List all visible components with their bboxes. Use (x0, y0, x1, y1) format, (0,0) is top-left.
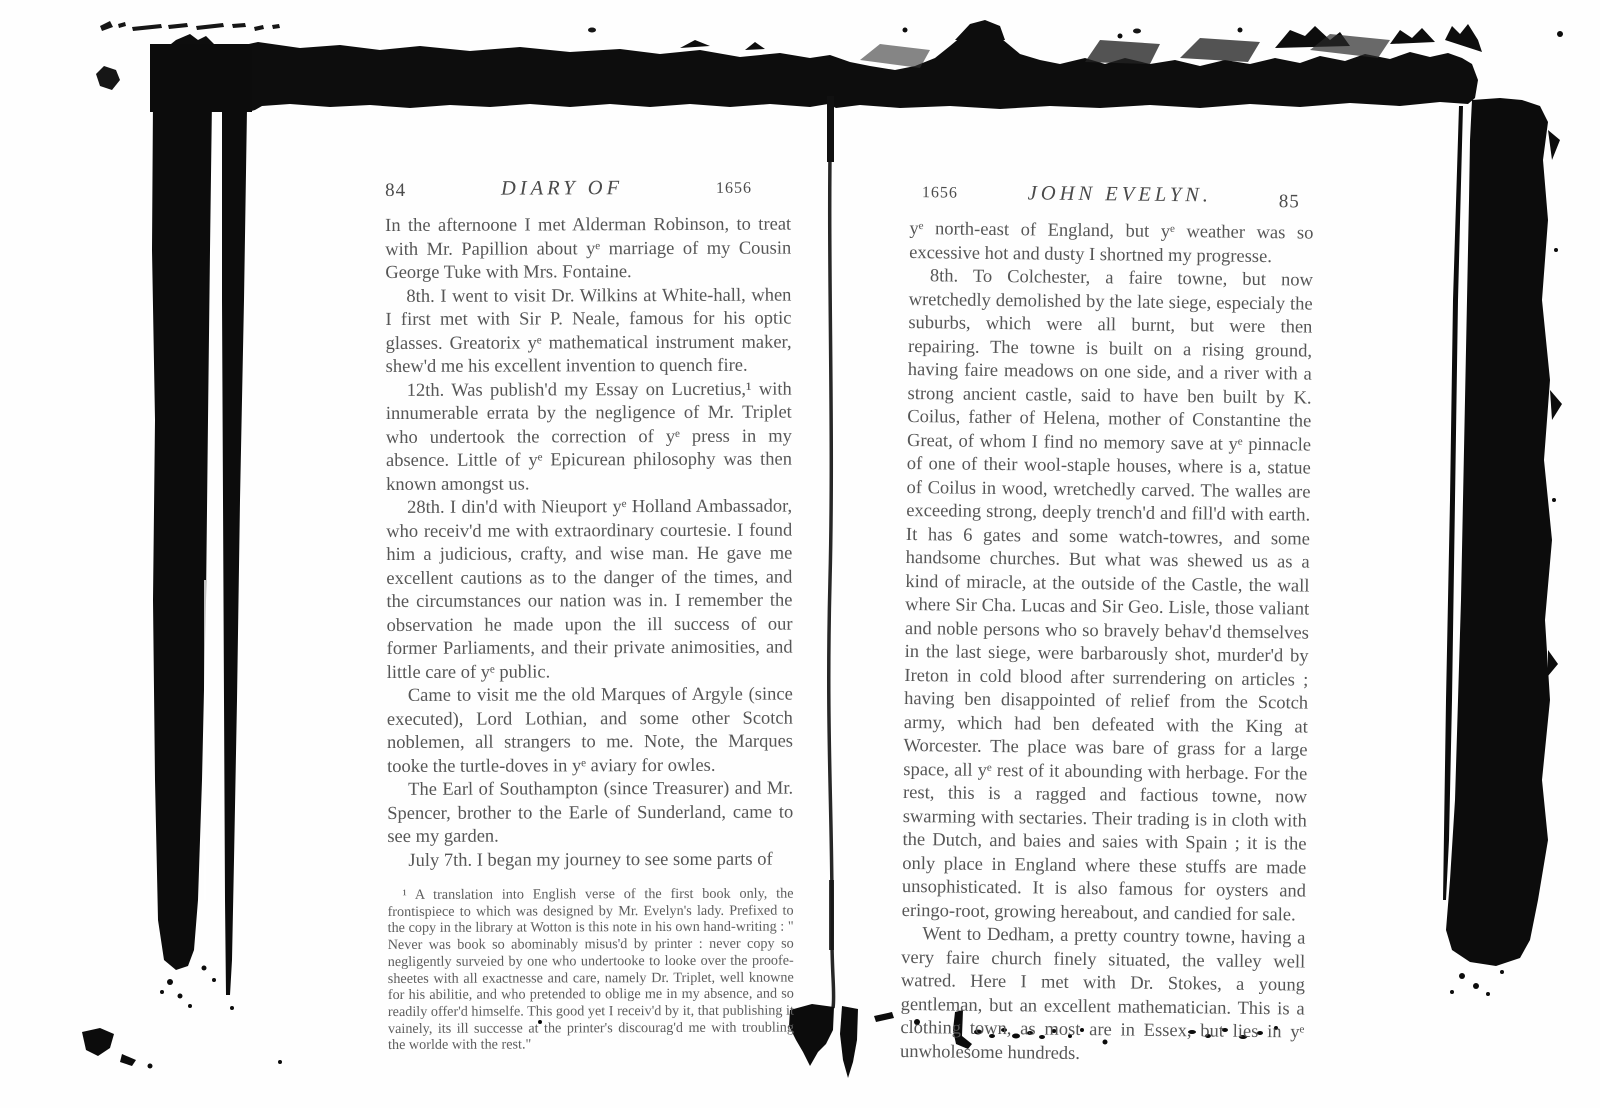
left-page-footnote: ¹ A translation into English verse of th… (387, 886, 794, 1054)
left-page-header: 84 DIARY OF 1656 (385, 177, 791, 208)
right-year-label: 1656 (922, 184, 958, 202)
scanned-book-spread: 84 DIARY OF 1656 In the afternoone I met… (0, 0, 1600, 1108)
diary-paragraph: yᵉ north-east of England, but yᵉ weather… (909, 218, 1314, 270)
diary-paragraph: 12th. Was publish'd my Essay on Lucretiu… (386, 378, 792, 497)
left-page-number: 84 (385, 180, 406, 202)
left-running-title: DIARY OF (501, 177, 623, 200)
left-page: 84 DIARY OF 1656 In the afternoone I met… (385, 177, 794, 1054)
scan-ink-artifacts (0, 0, 1600, 1108)
left-ink-bar (150, 44, 252, 1010)
diary-paragraph: The Earl of Southampton (since Treasurer… (387, 778, 793, 850)
diary-paragraph: Came to visit me the old Marques of Argy… (387, 684, 793, 779)
diary-paragraph: 8th. I went to visit Dr. Wilkins at Whit… (385, 284, 791, 379)
right-page-body: yᵉ north-east of England, but yᵉ weather… (900, 218, 1314, 1069)
diary-paragraph: 28th. I din'd with Nieuport yᵉ Holland A… (386, 496, 793, 685)
diary-paragraph: 8th. To Colchester, a faire towne, but n… (902, 265, 1313, 928)
gutter-shadow (827, 96, 834, 1008)
diary-paragraph: Went to Dedham, a pretty country towne, … (900, 923, 1306, 1069)
right-page-number: 85 (1279, 191, 1300, 213)
right-page-header: 1656 JOHN EVELYN. 85 (910, 181, 1314, 216)
left-page-body: In the afternoone I met Alderman Robinso… (385, 214, 793, 873)
right-page: 1656 JOHN EVELYN. 85 yᵉ north-east of En… (900, 181, 1314, 1069)
diary-paragraph: In the afternoone I met Alderman Robinso… (385, 214, 791, 286)
diary-paragraph: July 7th. I began my journey to see some… (387, 848, 793, 873)
left-year-label: 1656 (716, 180, 752, 198)
top-ink-band (152, 20, 1563, 112)
right-running-title: JOHN EVELYN. (1028, 182, 1213, 207)
